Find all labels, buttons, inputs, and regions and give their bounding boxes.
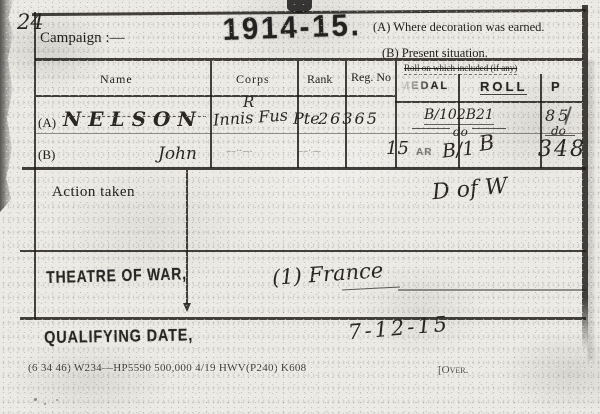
- right-partial-rule: [398, 289, 586, 291]
- over-note: [Over.: [438, 364, 468, 376]
- theatre-value: (1) France: [271, 258, 384, 290]
- row-b-roll-suffix: B: [477, 130, 496, 156]
- header-bottom-rule-right: [395, 101, 583, 103]
- header-name: Name: [100, 72, 133, 87]
- header-page-stamp: P: [551, 79, 560, 94]
- row-a-corps: Innis Fus: [212, 105, 288, 129]
- theatre-label: THEATRE OF WAR,: [46, 264, 187, 288]
- scan-edge-artifact-left: [0, 0, 14, 212]
- header-roll-group: Roll on which included (if any): [404, 63, 517, 75]
- scan-speck-3: [56, 399, 58, 401]
- header-reg-no: Reg. No: [351, 70, 391, 85]
- note-b: (B) Present situation.: [382, 46, 488, 61]
- note-a: (A) Where decoration was earned.: [373, 20, 545, 35]
- footer-imprint: (6 34 46) W234—HP5590 500,000 4/19 HWV(P…: [28, 362, 307, 374]
- row-a-name: NELSON: [63, 107, 203, 131]
- row-a-label: (A): [38, 115, 56, 131]
- scan-speck-1: [34, 398, 37, 401]
- header-rank: Rank: [307, 72, 332, 87]
- divider-arrow-icon: [183, 303, 191, 312]
- right-edge-shadow: [588, 60, 596, 360]
- action-taken-value: D of W: [431, 174, 509, 205]
- row-b-medal: 15: [386, 138, 409, 159]
- campaign-stamp: 1914-15.: [222, 7, 362, 48]
- header-bottom-rule-left: [36, 95, 395, 97]
- row-b-medal-stamp: AR: [416, 147, 432, 158]
- corner-number: 24: [17, 10, 44, 34]
- campaign-label: Campaign :—: [40, 30, 125, 47]
- header-corps: Corps: [236, 72, 270, 87]
- ditto-dash-2: [472, 128, 506, 129]
- theatre-top-rule: [20, 250, 586, 252]
- row-divider-a-b: [36, 133, 583, 134]
- row-b-corps-ditto: —··—: [226, 146, 252, 157]
- scan-speck-2: [44, 403, 46, 405]
- qualifying-top-rule: [20, 317, 586, 320]
- row-b-page: 348: [538, 137, 586, 162]
- campaign-row-bottom-rule: [35, 58, 583, 61]
- ditto-dash-1: [412, 128, 450, 129]
- table-bottom-rule: [22, 167, 586, 170]
- header-roll-stamp: ROLL: [480, 79, 527, 95]
- ditto-dash-3: [545, 135, 575, 136]
- row-a-name-underline: [62, 116, 206, 117]
- action-taken-label: Action taken: [52, 184, 135, 201]
- qualifying-label: QUALIFYING DATE,: [44, 325, 193, 348]
- row-b-roll: B/1: [441, 137, 476, 162]
- row-a-roll: B/102B21: [424, 107, 494, 125]
- row-b-rank-ditto: —·—: [298, 146, 321, 157]
- ditto-roll: do: [453, 125, 468, 139]
- header-medal-stamp: MEDAL: [400, 80, 449, 92]
- medal-index-card: 24 Campaign :— 1914-15. (A) Where decora…: [0, 0, 600, 414]
- theatre-value-underline: [342, 286, 400, 290]
- row-b-name: John: [158, 144, 197, 164]
- row-a-reg-no: 26365: [318, 109, 379, 128]
- row-a-rank: Pte: [293, 109, 320, 128]
- divider-name-corps: [210, 61, 212, 168]
- row-b-label: (B): [38, 147, 55, 163]
- scan-artifact-top-blob: [287, 0, 312, 13]
